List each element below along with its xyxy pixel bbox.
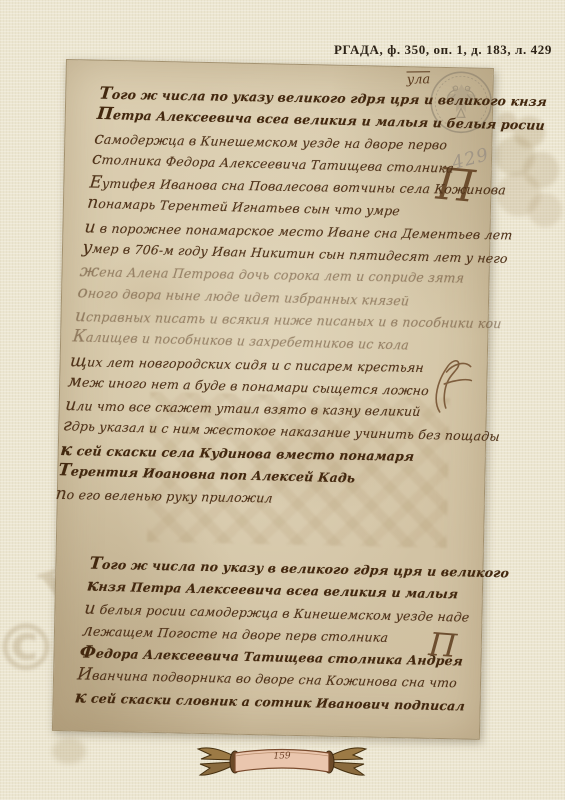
- archive-reference: РГАДА, ф. 350, оп. 1, д. 183, л. 429: [334, 42, 552, 58]
- handwritten-paragraph-2: Того ж числа по указу в великого гдря цр…: [74, 553, 511, 718]
- corner-handwritten-note: ула: [407, 72, 431, 87]
- watermark-blob-bottom: [52, 738, 86, 764]
- scanned-document-viewer: { "header": { "archive_reference": "РГАД…: [0, 0, 565, 800]
- handwritten-paragraph-1: Того ж числа по указу великого гдря цря …: [55, 82, 549, 514]
- page-number: 159: [273, 751, 291, 762]
- copyright-watermark-icon: ©: [0, 612, 58, 686]
- manuscript-page: ула 429 П П Того ж числа по указу велико…: [52, 59, 494, 740]
- page-number-ribbon: 159: [196, 744, 368, 782]
